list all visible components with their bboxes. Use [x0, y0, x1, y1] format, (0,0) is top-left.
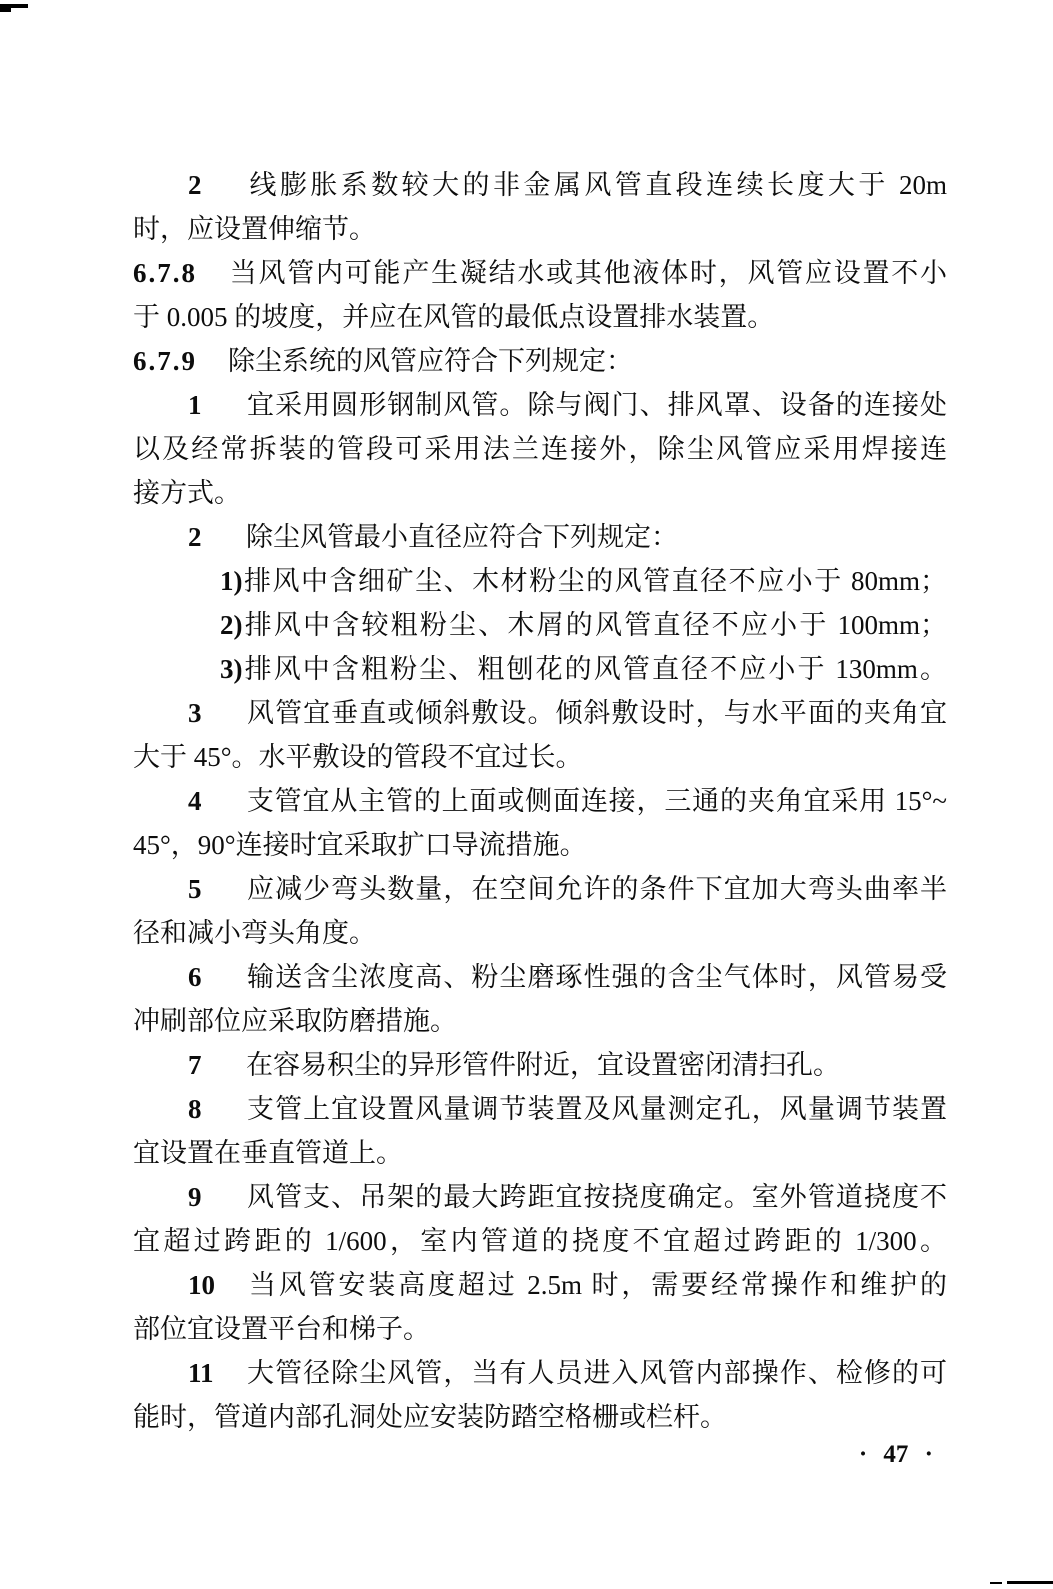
line-text: 当风管安装高度超过 2.5m 时，需要经常操作和维护的: [246, 1270, 947, 1300]
text-line: 3)排风中含粗粉尘、粗刨花的风管直径不应小于 130mm。: [133, 647, 947, 691]
item-number: 1: [188, 383, 246, 427]
text-line: 11大管径除尘风管，当有人员进入风管内部操作、检修的可: [133, 1351, 947, 1395]
line-text: 支管宜从主管的上面或侧面连接，三通的夹角宜采用 15°~: [246, 786, 947, 816]
text-line: 10当风管安装高度超过 2.5m 时，需要经常操作和维护的: [133, 1263, 947, 1307]
text-line: 宜超过跨距的 1/600，室内管道的挠度不宜超过跨距的 1/300。: [133, 1219, 947, 1263]
text-line: 接方式。: [133, 471, 947, 515]
scan-artifact: [1007, 1581, 1053, 1584]
text-line: 宜设置在垂直管道上。: [133, 1131, 947, 1175]
line-text: 风管支、吊架的最大跨距宜按挠度确定。室外管道挠度不: [246, 1182, 947, 1212]
item-number: 6: [188, 955, 246, 999]
text-line: 45°，90°连接时宜采取扩口导流措施。: [133, 823, 947, 867]
line-text: 宜采用圆形钢制风管。除与阀门、排风罩、设备的连接处: [246, 390, 947, 420]
text-line: 1)排风中含细矿尘、木材粉尘的风管直径不应小于 80mm；: [133, 559, 947, 603]
line-text: 大于 45°。水平敷设的管段不宜过长。: [133, 742, 583, 772]
line-text: 冲刷部位应采取防磨措施。: [133, 1006, 457, 1036]
item-number: 10: [188, 1263, 246, 1307]
line-text: 于 0.005 的坡度，并应在风管的最低点设置排水装置。: [133, 302, 774, 332]
line-text: 排风中含粗粉尘、粗刨花的风管直径不应小于 130mm。: [243, 654, 948, 684]
line-text: 45°，90°连接时宜采取扩口导流措施。: [133, 830, 587, 860]
item-number: 2: [188, 163, 246, 207]
text-line: 大于 45°。水平敷设的管段不宜过长。: [133, 735, 947, 779]
item-number: 5: [188, 867, 246, 911]
text-line: 3风管宜垂直或倾斜敷设。倾斜敷设时，与水平面的夹角宜: [133, 691, 947, 735]
line-text: 除尘风管最小直径应符合下列规定：: [246, 522, 678, 552]
item-number: 9: [188, 1175, 246, 1219]
text-line: 以及经常拆装的管段可采用法兰连接外，除尘风管应采用焊接连: [133, 427, 947, 471]
line-text: 时，应设置伸缩节。: [133, 214, 376, 244]
line-text: 排风中含较粗粉尘、木屑的风管直径不应小于 100mm；: [243, 610, 948, 640]
line-text: 排风中含细矿尘、木材粉尘的风管直径不应小于 80mm；: [243, 566, 948, 596]
scan-artifact: [0, 8, 11, 12]
line-text: 部位宜设置平台和梯子。: [133, 1314, 430, 1344]
text-line: 能时，管道内部孔洞处应安装防踏空格栅或栏杆。: [133, 1395, 947, 1439]
item-number: 11: [188, 1351, 246, 1395]
line-text: 输送含尘浓度高、粉尘磨琢性强的含尘气体时，风管易受: [246, 962, 947, 992]
line-text: 能时，管道内部孔洞处应安装防踏空格栅或栏杆。: [133, 1402, 727, 1432]
subitem-number: 1): [220, 559, 243, 603]
text-line: 5应减少弯头数量，在空间允许的条件下宜加大弯头曲率半: [133, 867, 947, 911]
item-number: 2: [188, 515, 246, 559]
text-line: 7在容易积尘的异形管件附近，宜设置密闭清扫孔。: [133, 1043, 947, 1087]
clause-number: 6.7.8: [133, 251, 228, 295]
text-line: 冲刷部位应采取防磨措施。: [133, 999, 947, 1043]
line-text: 除尘系统的风管应符合下列规定：: [228, 346, 633, 376]
text-line: 部位宜设置平台和梯子。: [133, 1307, 947, 1351]
text-line: 6.7.9除尘系统的风管应符合下列规定：: [133, 339, 947, 383]
clause-number: 6.7.9: [133, 339, 228, 383]
scan-artifact: [990, 1582, 1002, 1584]
text-line: 2线膨胀系数较大的非金属风管直段连续长度大于 20m: [133, 163, 947, 207]
text-line: 6.7.8当风管内可能产生凝结水或其他液体时，风管应设置不小: [133, 251, 947, 295]
item-number: 8: [188, 1087, 246, 1131]
page-number: · 47 ·: [859, 1440, 933, 1470]
line-text: 在容易积尘的异形管件附近，宜设置密闭清扫孔。: [246, 1050, 840, 1080]
item-number: 4: [188, 779, 246, 823]
subitem-number: 2): [220, 603, 243, 647]
text-line: 2除尘风管最小直径应符合下列规定：: [133, 515, 947, 559]
text-line: 6输送含尘浓度高、粉尘磨琢性强的含尘气体时，风管易受: [133, 955, 947, 999]
line-text: 应减少弯头数量，在空间允许的条件下宜加大弯头曲率半: [246, 874, 947, 904]
item-number: 7: [188, 1043, 246, 1087]
text-line: 径和减小弯头角度。: [133, 911, 947, 955]
line-text: 支管上宜设置风量调节装置及风量测定孔，风量调节装置: [246, 1094, 947, 1124]
text-line: 1宜采用圆形钢制风管。除与阀门、排风罩、设备的连接处: [133, 383, 947, 427]
document-body: 2线膨胀系数较大的非金属风管直段连续长度大于 20m 时，应设置伸缩节。 6.7…: [133, 163, 947, 1439]
line-text: 宜超过跨距的 1/600，室内管道的挠度不宜超过跨距的 1/300。: [133, 1226, 947, 1256]
text-line: 于 0.005 的坡度，并应在风管的最低点设置排水装置。: [133, 295, 947, 339]
text-line: 时，应设置伸缩节。: [133, 207, 947, 251]
scanned-document-page: 2线膨胀系数较大的非金属风管直段连续长度大于 20m 时，应设置伸缩节。 6.7…: [0, 0, 1053, 1589]
line-text: 大管径除尘风管，当有人员进入风管内部操作、检修的可: [246, 1358, 947, 1388]
text-line: 8支管上宜设置风量调节装置及风量测定孔，风量调节装置: [133, 1087, 947, 1131]
line-text: 当风管内可能产生凝结水或其他液体时，风管应设置不小: [228, 258, 947, 288]
subitem-number: 3): [220, 647, 243, 691]
line-text: 线膨胀系数较大的非金属风管直段连续长度大于 20m: [246, 170, 947, 200]
line-text: 宜设置在垂直管道上。: [133, 1138, 403, 1168]
line-text: 径和减小弯头角度。: [133, 918, 376, 948]
text-line: 2)排风中含较粗粉尘、木屑的风管直径不应小于 100mm；: [133, 603, 947, 647]
text-line: 9风管支、吊架的最大跨距宜按挠度确定。室外管道挠度不: [133, 1175, 947, 1219]
line-text: 风管宜垂直或倾斜敷设。倾斜敷设时，与水平面的夹角宜: [246, 698, 947, 728]
item-number: 3: [188, 691, 246, 735]
text-line: 4支管宜从主管的上面或侧面连接，三通的夹角宜采用 15°~: [133, 779, 947, 823]
line-text: 接方式。: [133, 478, 241, 508]
line-text: 以及经常拆装的管段可采用法兰连接外，除尘风管应采用焊接连: [133, 434, 947, 464]
